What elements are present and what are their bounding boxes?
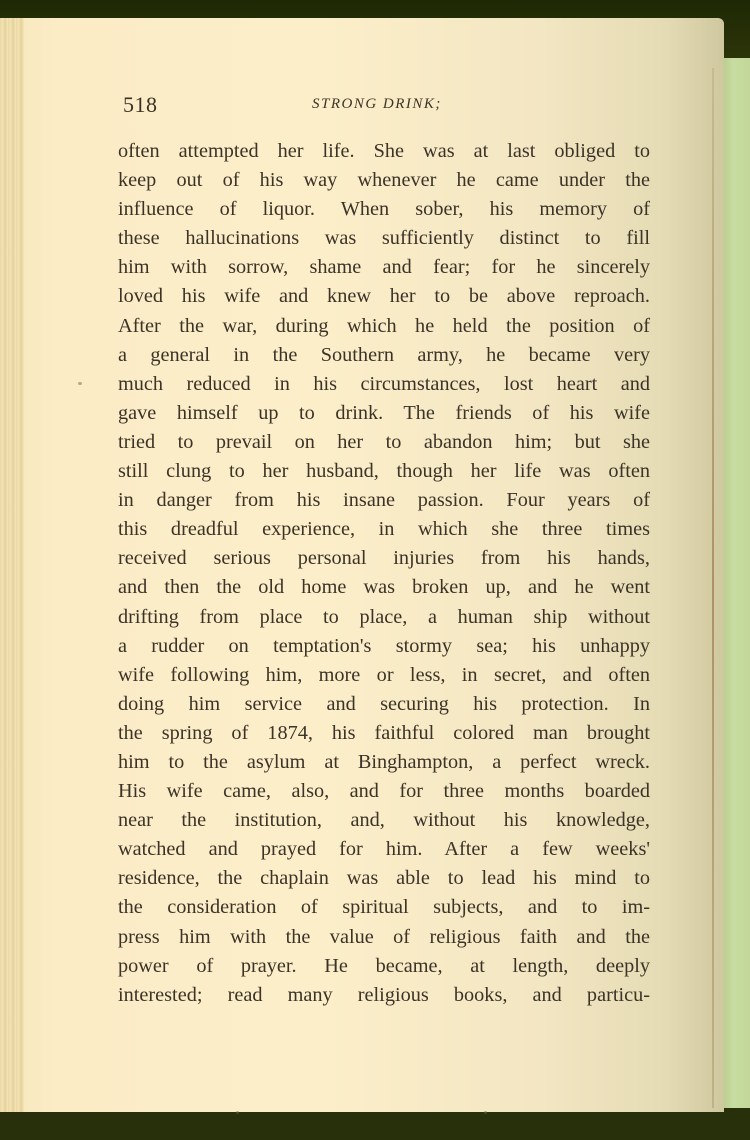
text-line: the spring of 1874, his faithful colored… — [118, 719, 650, 748]
text-line: near the institution, and, without his k… — [118, 806, 650, 835]
text-line: doing him service and securing his prote… — [118, 690, 650, 719]
text-line: power of prayer. He became, at length, d… — [118, 952, 650, 981]
text-line: often attempted her life. She was at las… — [118, 137, 650, 166]
text-line: influence of liquor. When sober, his mem… — [118, 195, 650, 224]
page-leaves-edge — [0, 18, 24, 1112]
text-line: a general in the Southern army, he becam… — [118, 341, 650, 370]
text-line: keep out of his way whenever he came und… — [118, 166, 650, 195]
page-header: 518 STRONG DRINK; — [120, 92, 650, 122]
page-number: 518 — [123, 92, 158, 118]
text-line: him to the asylum at Binghampton, a perf… — [118, 748, 650, 777]
text-line: gave himself up to drink. The friends of… — [118, 399, 650, 428]
paper-speck — [236, 1111, 239, 1114]
text-line: loved his wife and knew her to be above … — [118, 282, 650, 311]
text-line: drifting from place to place, a human sh… — [118, 603, 650, 632]
text-line: press him with the value of religious fa… — [118, 923, 650, 952]
text-line: watched and prayed for him. After a few … — [118, 835, 650, 864]
gutter-shadow — [712, 68, 714, 1108]
text-line: His wife came, also, and for three month… — [118, 777, 650, 806]
text-line: tried to prevail on her to abandon him; … — [118, 428, 650, 457]
text-line: After the war, during which he held the … — [118, 312, 650, 341]
text-line: received serious personal injuries from … — [118, 544, 650, 573]
text-line: these hallucinations was sufficiently di… — [118, 224, 650, 253]
text-line: and then the old home was broken up, and… — [118, 573, 650, 602]
text-line: wife following him, more or less, in sec… — [118, 661, 650, 690]
paper-speck — [78, 382, 82, 385]
text-line: this dreadful experience, in which she t… — [118, 515, 650, 544]
paper-speck — [484, 1111, 487, 1114]
text-line: the consideration of spiritual subjects,… — [118, 893, 650, 922]
text-line: much reduced in his circumstances, lost … — [118, 370, 650, 399]
next-page-edge — [722, 58, 750, 1108]
text-line: in danger from his insane passion. Four … — [118, 486, 650, 515]
backdrop-bottom — [0, 1108, 750, 1140]
running-head: STRONG DRINK; — [312, 96, 442, 113]
text-line: still clung to her husband, though her l… — [118, 457, 650, 486]
text-line: a rudder on temptation's stormy sea; his… — [118, 632, 650, 661]
body-text: often attempted her life. She was at las… — [118, 137, 650, 1010]
text-line: him with sorrow, shame and fear; for he … — [118, 253, 650, 282]
text-line: residence, the chaplain was able to lead… — [118, 864, 650, 893]
text-line: interested; read many religious books, a… — [118, 981, 650, 1010]
